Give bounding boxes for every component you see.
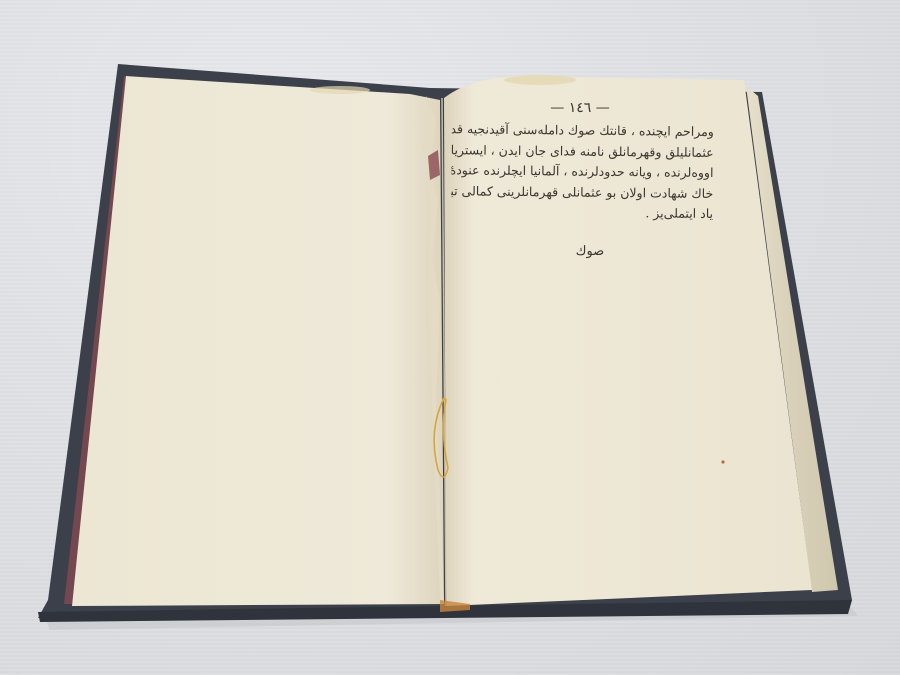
foxing-spot bbox=[721, 460, 724, 463]
water-stain bbox=[310, 86, 370, 94]
text-line: ومراحم ایچنده ، قانتك صوك دامله‌سنی آقید… bbox=[452, 119, 714, 142]
left-page[interactable] bbox=[72, 76, 444, 606]
text-line: خاك شهادت اولان بو عثمانلی قهرمانلرینی ك… bbox=[451, 181, 713, 204]
photo-scene: — ١٤٦ — ومراحم ایچنده ، قانتك صوك دامله‌… bbox=[0, 0, 900, 675]
water-stain bbox=[504, 75, 576, 85]
open-book bbox=[0, 0, 900, 675]
text-line: عثمانلیلق وقهرمانلق نامنه فدای جان ایدن … bbox=[452, 140, 714, 163]
page-number: — ١٤٦ — bbox=[520, 100, 640, 116]
end-word: صوك bbox=[560, 244, 620, 259]
text-line: یاد ایتملی‌یز . bbox=[451, 201, 713, 224]
text-line: اووه‌لرنده ، ویانه حدودلرنده ، آلمانیا ا… bbox=[451, 160, 713, 183]
page-text: ومراحم ایچنده ، قانتك صوك دامله‌سنی آقید… bbox=[451, 119, 714, 224]
